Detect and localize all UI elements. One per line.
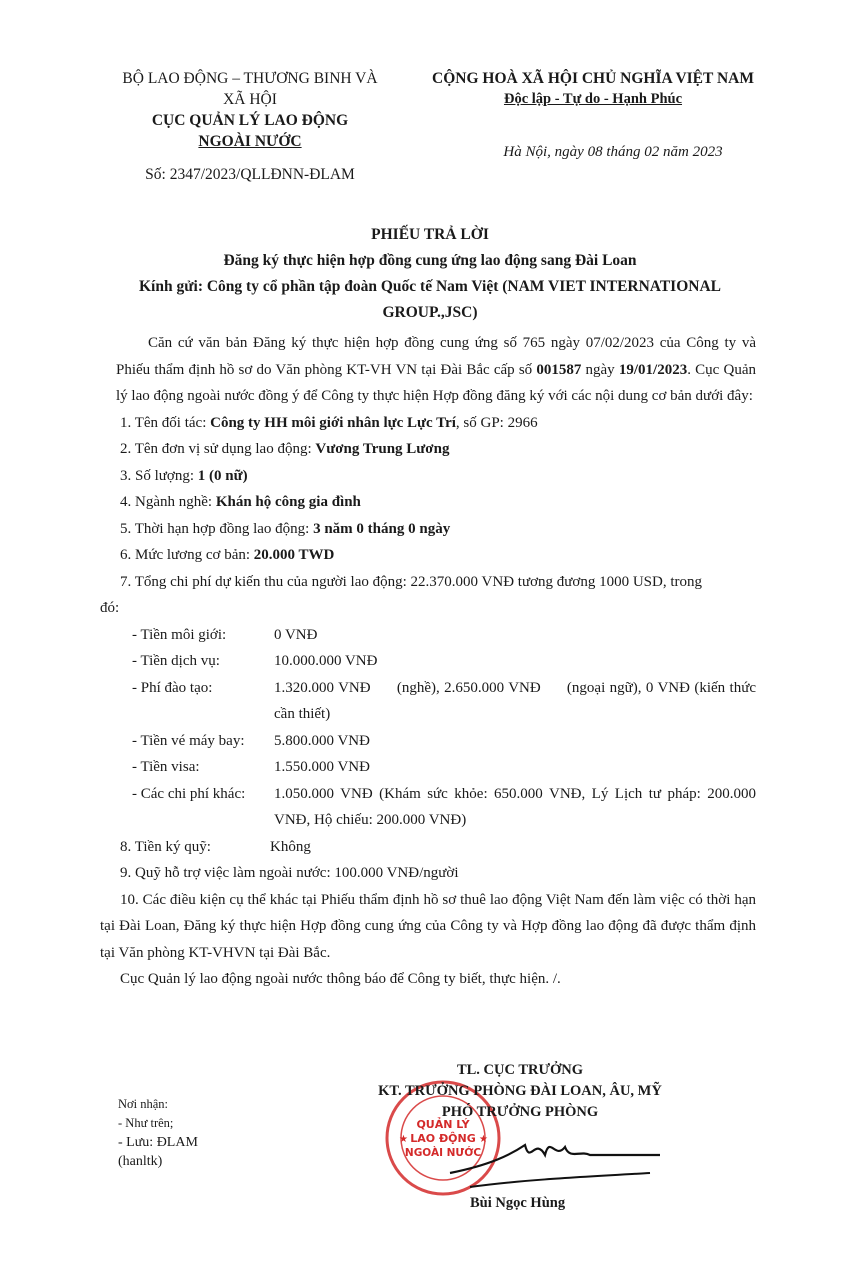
numbered-item: 5. Thời hạn hợp đồng lao động: 3 năm 0 t… [116, 516, 756, 543]
recipient-line: - Lưu: ĐLAM [118, 1133, 198, 1152]
item-7-line1: 7. Tổng chi phí dự kiến thu của người la… [116, 569, 756, 596]
item-label: 3. Số lượng: [120, 468, 198, 484]
document-body: Căn cứ văn bản Đăng ký thực hiện hợp đồn… [116, 330, 756, 993]
fee-row: - Các chi phí khác:1.050.000 VNĐ (Khám s… [116, 781, 756, 834]
document-number: Số: 2347/2023/QLLĐNN-ĐLAM [100, 164, 400, 185]
item-label: 5. Thời hạn hợp đồng lao động: [120, 521, 313, 537]
numbered-item: 6. Mức lương cơ bản: 20.000 TWD [116, 542, 756, 569]
ministry-name-line2: XÃ HỘI [100, 89, 400, 110]
item-value: Vương Trung Lương [315, 441, 449, 457]
nation-title: CỘNG HOÀ XÃ HỘI CHỦ NGHĨA VIỆT NAM [418, 68, 768, 89]
fee-label: - Tiền vé máy bay: [132, 728, 274, 755]
fee-row: - Tiền visa:1.550.000 VNĐ [116, 754, 756, 781]
fee-value: 0 VNĐ [274, 622, 756, 649]
fee-row: - Tiền môi giới:0 VNĐ [116, 622, 756, 649]
item-value: 3 năm 0 tháng 0 ngày [313, 521, 450, 537]
item-7-line2: đó: [100, 595, 756, 622]
national-motto: Độc lập - Tự do - Hạnh Phúc [418, 89, 768, 110]
item-9: 9. Quỹ hỗ trợ việc làm ngoài nước: 100.0… [116, 860, 756, 887]
svg-text:★: ★ [399, 1134, 408, 1145]
intro-paragraph: Căn cứ văn bản Đăng ký thực hiện hợp đồn… [116, 330, 756, 410]
numbered-item: 4. Ngành nghề: Khán hộ công gia đình [116, 489, 756, 516]
item-8-label: 8. Tiền ký quỹ: [120, 834, 270, 861]
place-date: Hà Nội, ngày 08 tháng 02 năm 2023 [418, 142, 768, 163]
recipient-line: - Như trên; [118, 1114, 198, 1133]
item-value: 1 (0 nữ) [198, 468, 248, 484]
certificate-date: 19/01/2023 [619, 362, 687, 378]
item-8: 8. Tiền ký quỹ: Không [116, 834, 756, 861]
fee-value: 1.050.000 VNĐ (Khám sức khỏe: 650.000 VN… [274, 781, 756, 834]
signature-title-2: KT. TRƯỞNG PHÒNG ĐÀI LOAN, ÂU, MỸ [350, 1081, 690, 1102]
recipients-block: Nơi nhận: - Như trên; - Lưu: ĐLAM (hanlt… [118, 1095, 198, 1171]
item-8-value: Không [270, 834, 311, 861]
fee-label: - Tiền dịch vụ: [132, 648, 274, 675]
signature-block: TL. CỤC TRƯỞNG KT. TRƯỞNG PHÒNG ĐÀI LOAN… [350, 1060, 690, 1123]
recipient-line: (hanltk) [118, 1152, 198, 1171]
item-suffix: , số GP: 2966 [456, 415, 538, 431]
item-value: Công ty HH môi giới nhân lực Lực Trí [210, 415, 456, 431]
item-label: 6. Mức lương cơ bản: [120, 547, 254, 563]
numbered-item: 2. Tên đơn vị sử dụng lao động: Vương Tr… [116, 436, 756, 463]
numbered-item: 1. Tên đối tác: Công ty HH môi giới nhân… [116, 410, 756, 437]
fee-label: - Tiền visa: [132, 754, 274, 781]
signature-title-1: TL. CỤC TRƯỞNG [350, 1060, 690, 1081]
item-label: 4. Ngành nghề: [120, 494, 216, 510]
department-name-line1: CỤC QUẢN LÝ LAO ĐỘNG [100, 110, 400, 131]
fee-value: 1.320.000 VNĐ (nghề), 2.650.000 VNĐ (ngo… [274, 675, 756, 728]
item-value: 20.000 TWD [254, 547, 335, 563]
fee-label: - Phí đào tạo: [132, 675, 274, 728]
issuing-agency-block: BỘ LAO ĐỘNG – THƯƠNG BINH VÀ XÃ HỘI CỤC … [100, 68, 400, 185]
fee-row: - Tiền vé máy bay:5.800.000 VNĐ [116, 728, 756, 755]
fee-value: 1.550.000 VNĐ [274, 754, 756, 781]
recipient-line1: Kính gửi: Công ty cổ phần tập đoàn Quốc … [100, 274, 760, 300]
fee-value: 5.800.000 VNĐ [274, 728, 756, 755]
document-title-block: PHIẾU TRẢ LỜI Đăng ký thực hiện hợp đồng… [100, 222, 760, 326]
ministry-name-line1: BỘ LAO ĐỘNG – THƯƠNG BINH VÀ [100, 68, 400, 89]
fee-label: - Các chi phí khác: [132, 781, 274, 834]
fee-row: - Tiền dịch vụ:10.000.000 VNĐ [116, 648, 756, 675]
recipients-label: Nơi nhận: [118, 1095, 198, 1114]
item-label: 2. Tên đơn vị sử dụng lao động: [120, 441, 315, 457]
intro-text-2: ngày [581, 362, 619, 378]
fee-value: 10.000.000 VNĐ [274, 648, 756, 675]
recipient-line2: GROUP.,JSC) [100, 300, 760, 326]
item-value: Khán hộ công gia đình [216, 494, 361, 510]
fee-label: - Tiền môi giới: [132, 622, 274, 649]
signer-name: Bùi Ngọc Hùng [470, 1195, 565, 1212]
fee-row: - Phí đào tạo:1.320.000 VNĐ (nghề), 2.65… [116, 675, 756, 728]
department-name-line2: NGOÀI NƯỚC [100, 131, 400, 152]
closing-statement: Cục Quản lý lao động ngoài nước thông bá… [116, 966, 756, 993]
signature-title-3: PHÓ TRƯỞNG PHÒNG [350, 1102, 690, 1123]
numbered-items: 1. Tên đối tác: Công ty HH môi giới nhân… [116, 410, 756, 569]
certificate-number: 001587 [536, 362, 581, 378]
numbered-item: 3. Số lượng: 1 (0 nữ) [116, 463, 756, 490]
national-header-block: CỘNG HOÀ XÃ HỘI CHỦ NGHĨA VIỆT NAM Độc l… [418, 68, 768, 163]
fee-breakdown: - Tiền môi giới:0 VNĐ- Tiền dịch vụ:10.0… [116, 622, 756, 834]
handwritten-signature-icon [430, 1125, 670, 1195]
document-title: PHIẾU TRẢ LỜI [100, 222, 760, 248]
item-label: 1. Tên đối tác: [120, 415, 210, 431]
document-subtitle: Đăng ký thực hiện hợp đồng cung ứng lao … [100, 248, 760, 274]
item-10: 10. Các điều kiện cụ thể khác tại Phiếu … [100, 887, 756, 967]
